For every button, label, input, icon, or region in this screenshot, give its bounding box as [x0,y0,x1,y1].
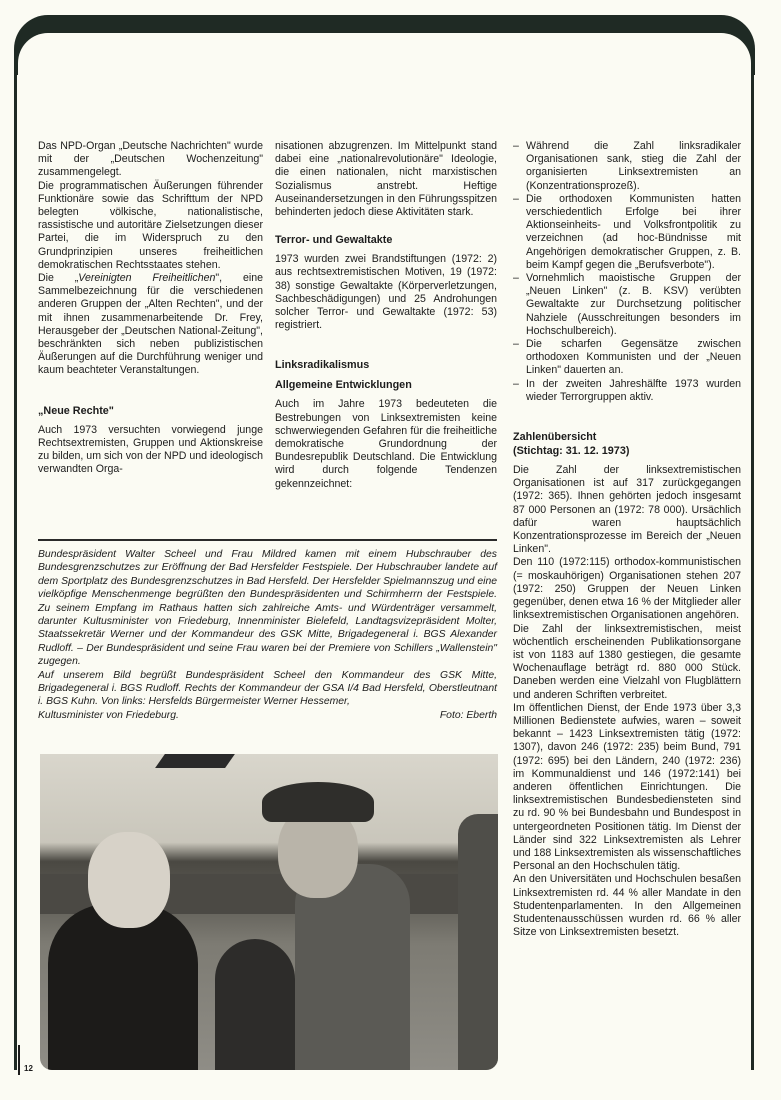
page-frame-right [751,50,754,1070]
list-item: Die orthodoxen Kommunisten hatten versch… [513,193,741,272]
paragraph-vereinigte-freiheitliche: Die „Vereinigten Freiheitlichen", eine S… [38,272,263,378]
photo-scheel-greeting [40,754,498,1070]
column-3: Während die Zahl linksradikaler Organisa… [513,140,741,939]
heading-stichtag: (Stichtag: 31. 12. 1973) [513,444,741,458]
page-frame-inner [18,33,751,153]
paragraph-oeffentlicher-dienst: Im öffentlichen Dienst, der Ende 1973 üb… [513,702,741,874]
paragraph-nationalrevolutionaer: nisationen abzugrenzen. Im Mittelpunkt s… [275,140,497,219]
paragraph-organisationen: Die Zahl der linksextremistischen Organi… [513,464,741,556]
caption-divider [38,539,497,541]
caption-paragraph-2: Auf unserem Bild begrüßt Bundespräsident… [38,669,497,709]
tendencies-list: Während die Zahl linksradikaler Organisa… [513,140,741,404]
heading-neue-rechte: „Neue Rechte" [38,404,263,418]
paragraph-neue-rechte: Auch 1973 versuchten vorwiegend junge Re… [38,424,263,477]
paragraph-terror: 1973 wurden zwei Brandstiftungen (1972: … [275,253,497,332]
page-number-bar [18,1045,20,1075]
caption-paragraph-1: Bundespräsident Walter Scheel und Frau M… [38,548,497,669]
caption-last-line: Kultusminister von Friedeburg. [38,709,179,722]
page-number: 12 [24,1064,33,1073]
paragraph-npd-programm: Die programmatischen Äußerungen führende… [38,180,263,272]
heading-allgemeine-entwicklungen: Allgemeine Entwicklungen [275,378,497,392]
paragraph-orthodox: Den 110 (1972:115) orthodox-kommunistisc… [513,556,741,622]
paragraph-hochschulen: An den Universitäten und Hochschulen bes… [513,873,741,939]
list-item: In der zweiten Jahreshälfte 1973 wurden … [513,378,741,404]
list-item: Vornehmlich maoistische Gruppen der „Neu… [513,272,741,338]
page-frame-left [14,50,17,1070]
heading-linksradikalismus: Linksradikalismus [275,358,497,372]
paragraph-entwicklungen: Auch im Jahre 1973 bedeuteten die Bestre… [275,398,497,490]
list-item: Die scharfen Gegensätze zwischen orthodo… [513,338,741,378]
list-item: Während die Zahl linksradikaler Organisa… [513,140,741,193]
column-1: Das NPD-Organ „Deutsche Nachrichten" wur… [38,140,263,476]
heading-zahlenuebersicht: Zahlenübersicht [513,430,741,444]
heading-terror-gewaltakte: Terror- und Gewaltakte [275,233,497,247]
paragraph-npd-organ: Das NPD-Organ „Deutsche Nachrichten" wur… [38,140,263,180]
column-2: nisationen abzugrenzen. Im Mittelpunkt s… [275,140,497,491]
photo-caption: Bundespräsident Walter Scheel und Frau M… [38,548,497,722]
photo-credit: Foto: Eberth [440,709,497,722]
paragraph-publikationen: Die Zahl der linksextremistischen, meist… [513,623,741,702]
